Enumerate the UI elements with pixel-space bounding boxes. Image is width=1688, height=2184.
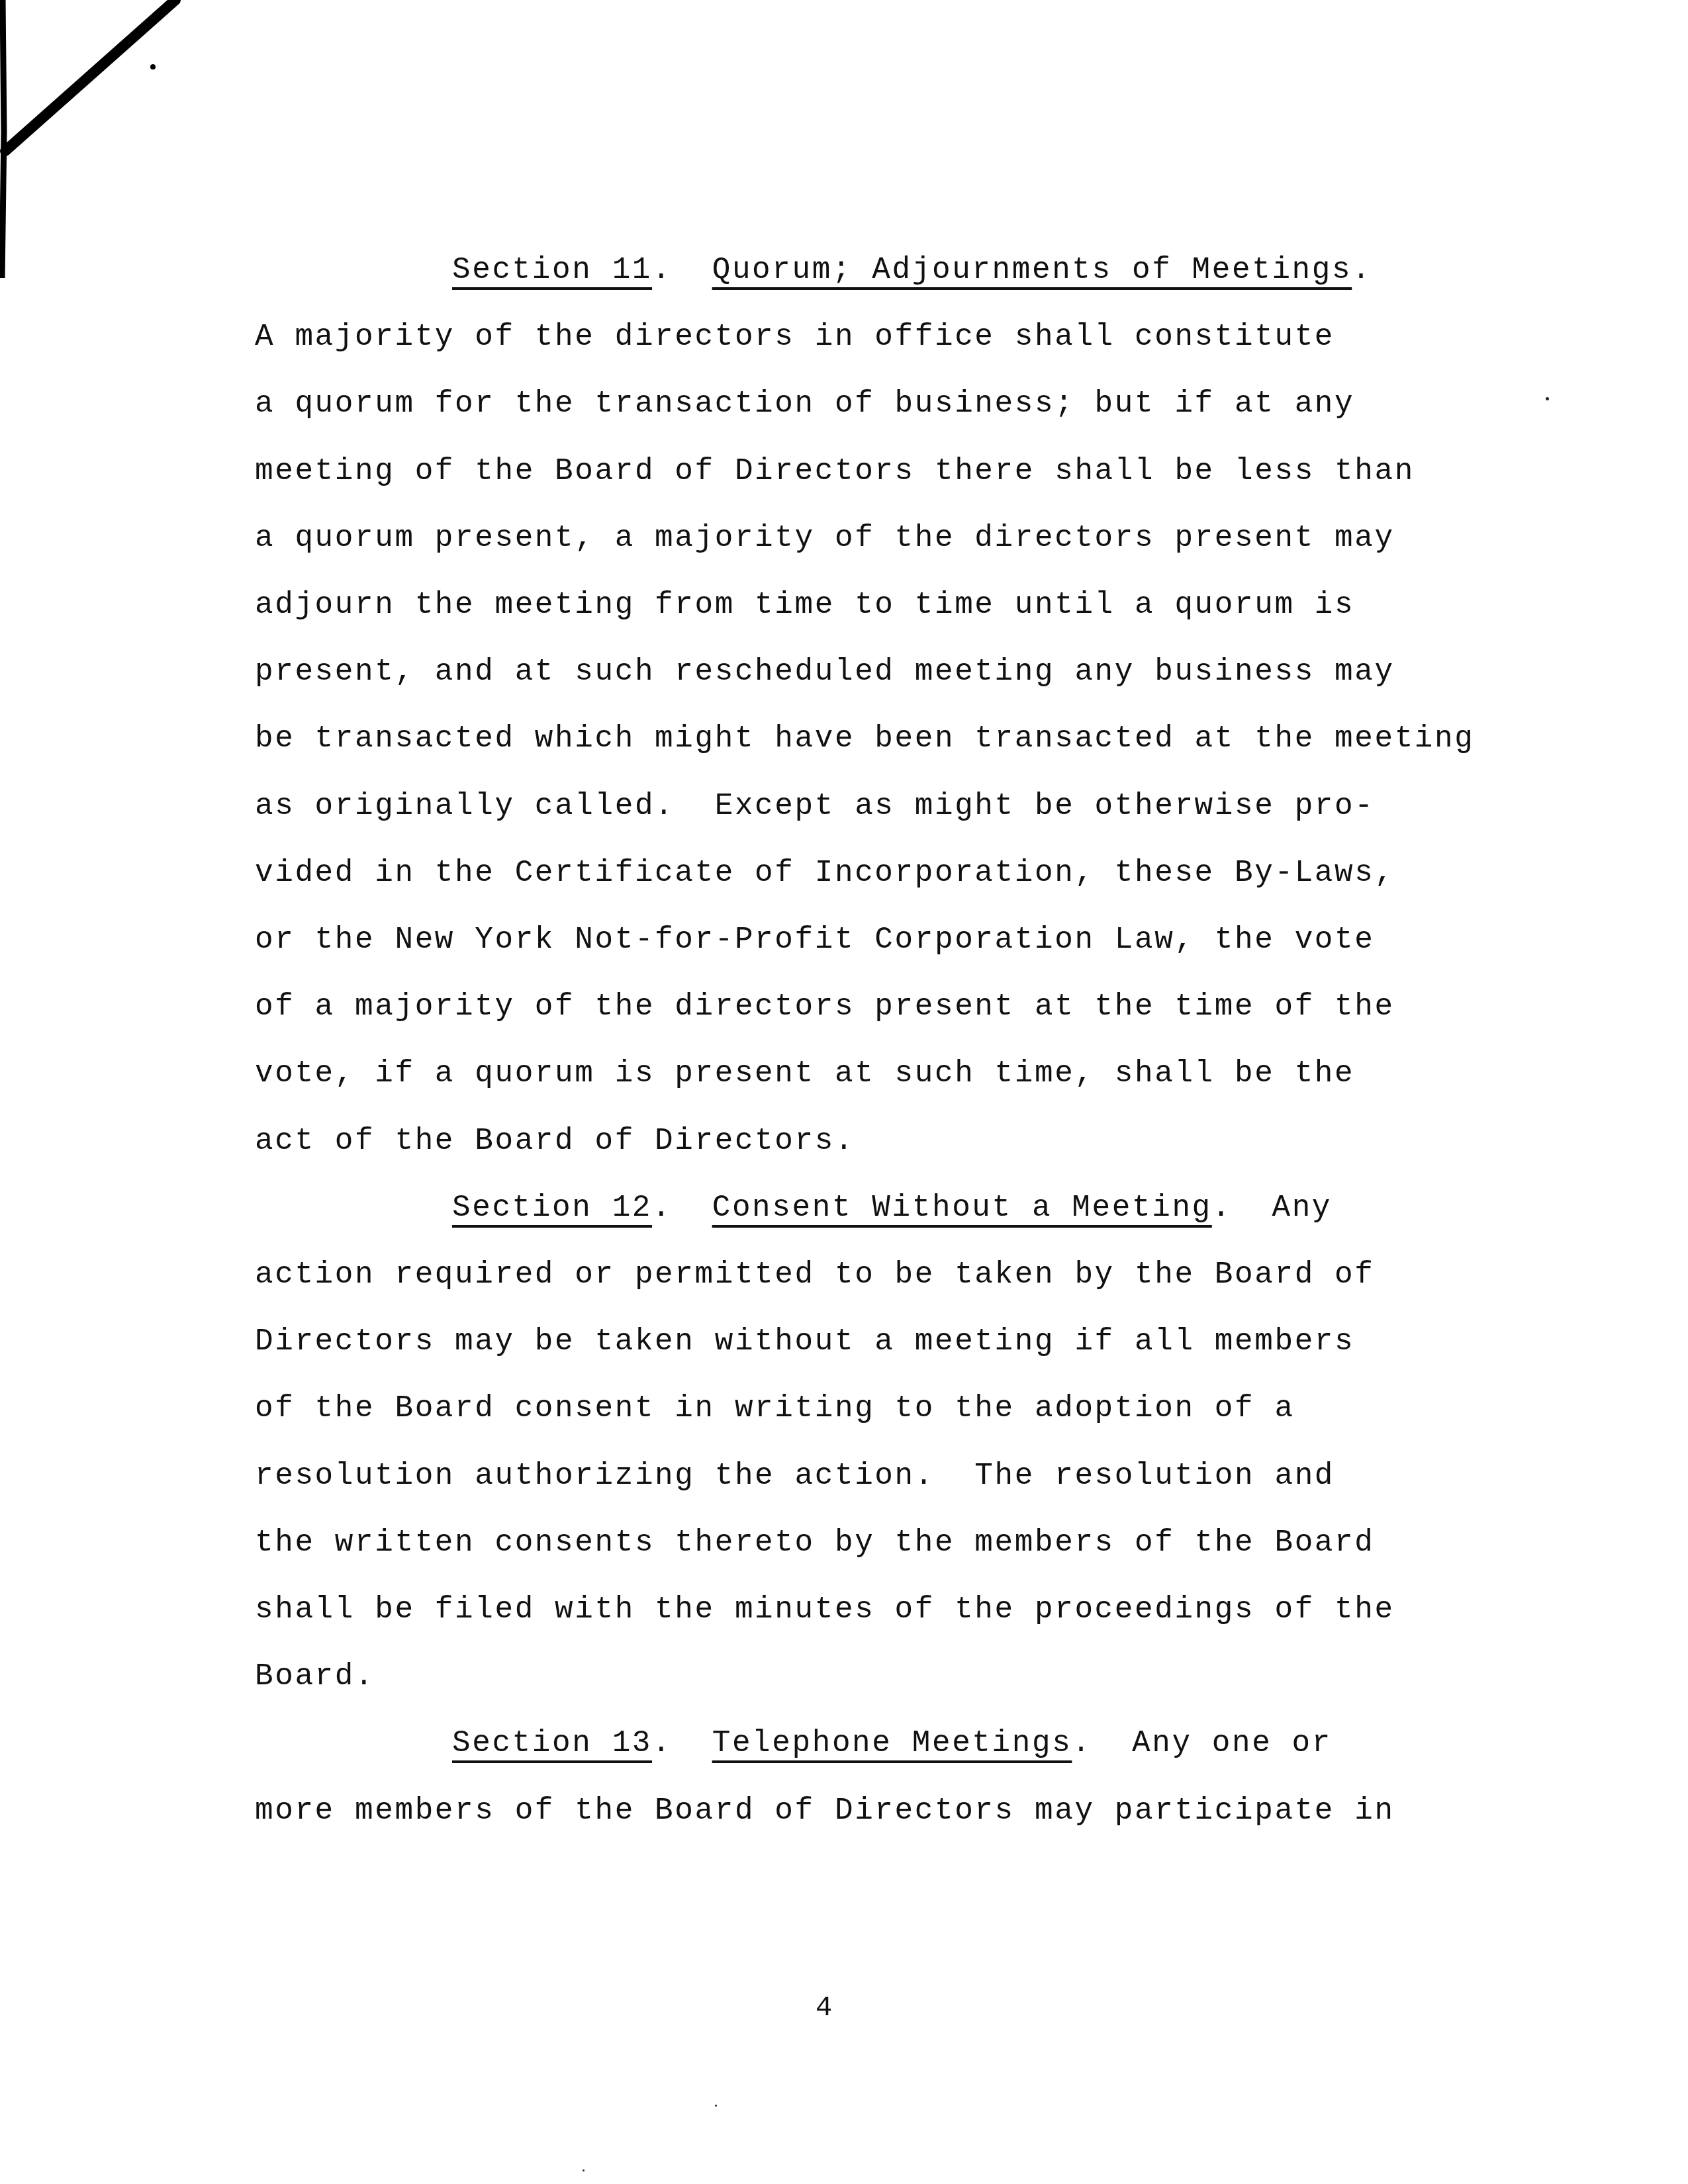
body-text-line: Board. xyxy=(255,1657,375,1696)
scan-speck xyxy=(583,2169,585,2171)
section-heading: Section 12. Consent Without a Meeting. A… xyxy=(452,1188,1332,1228)
body-text-line: the written consents thereto by the memb… xyxy=(255,1523,1374,1563)
body-text-line: meeting of the Board of Directors there … xyxy=(255,451,1415,491)
corner-pen-mark-icon xyxy=(0,0,199,278)
body-text-line: of the Board consent in writing to the a… xyxy=(255,1388,1295,1428)
body-text-line: a quorum for the transaction of business… xyxy=(255,384,1354,424)
section-number: Section 12 xyxy=(452,1191,652,1225)
section-number: Section 11 xyxy=(452,253,652,287)
body-text-line: shall be filed with the minutes of the p… xyxy=(255,1590,1395,1629)
page-number: 4 xyxy=(816,1992,832,2024)
body-text-line: of a majority of the directors present a… xyxy=(255,987,1395,1026)
body-text-line: adjourn the meeting from time to time un… xyxy=(255,585,1354,625)
section-heading: Section 13. Telephone Meetings. Any one … xyxy=(452,1723,1332,1763)
section-heading: Section 11. Quorum; Adjournments of Meet… xyxy=(452,250,1372,290)
body-text-line: A majority of the directors in office sh… xyxy=(255,317,1335,357)
scan-speck xyxy=(1546,397,1549,400)
body-text-line: act of the Board of Directors. xyxy=(255,1121,855,1161)
body-text-line: a quorum present, a majority of the dire… xyxy=(255,518,1395,558)
body-text-line: resolution authorizing the action. The r… xyxy=(255,1456,1335,1496)
body-text-line: present, and at such rescheduled meeting… xyxy=(255,652,1395,692)
document-page: Section 11. Quorum; Adjournments of Meet… xyxy=(0,0,1688,2184)
body-text-line: vided in the Certificate of Incorporatio… xyxy=(255,853,1395,893)
body-text-line: more members of the Board of Directors m… xyxy=(255,1791,1395,1831)
body-text-line: Directors may be taken without a meeting… xyxy=(255,1322,1354,1361)
section-title: Consent Without a Meeting xyxy=(712,1191,1212,1225)
section-number: Section 13 xyxy=(452,1726,652,1760)
body-text-line: be transacted which might have been tran… xyxy=(255,719,1474,758)
section-title: Telephone Meetings xyxy=(712,1726,1072,1760)
section-title: Quorum; Adjournments of Meetings xyxy=(712,253,1352,287)
scan-speck xyxy=(715,2105,717,2107)
body-text-line: or the New York Not-for-Profit Corporati… xyxy=(255,920,1374,960)
body-text-line: action required or permitted to be taken… xyxy=(255,1255,1374,1295)
body-text-line: as originally called. Except as might be… xyxy=(255,786,1374,826)
section-lead-text: Any xyxy=(1232,1191,1332,1225)
body-text-line: vote, if a quorum is present at such tim… xyxy=(255,1054,1354,1093)
section-lead-text: Any one or xyxy=(1092,1726,1332,1760)
